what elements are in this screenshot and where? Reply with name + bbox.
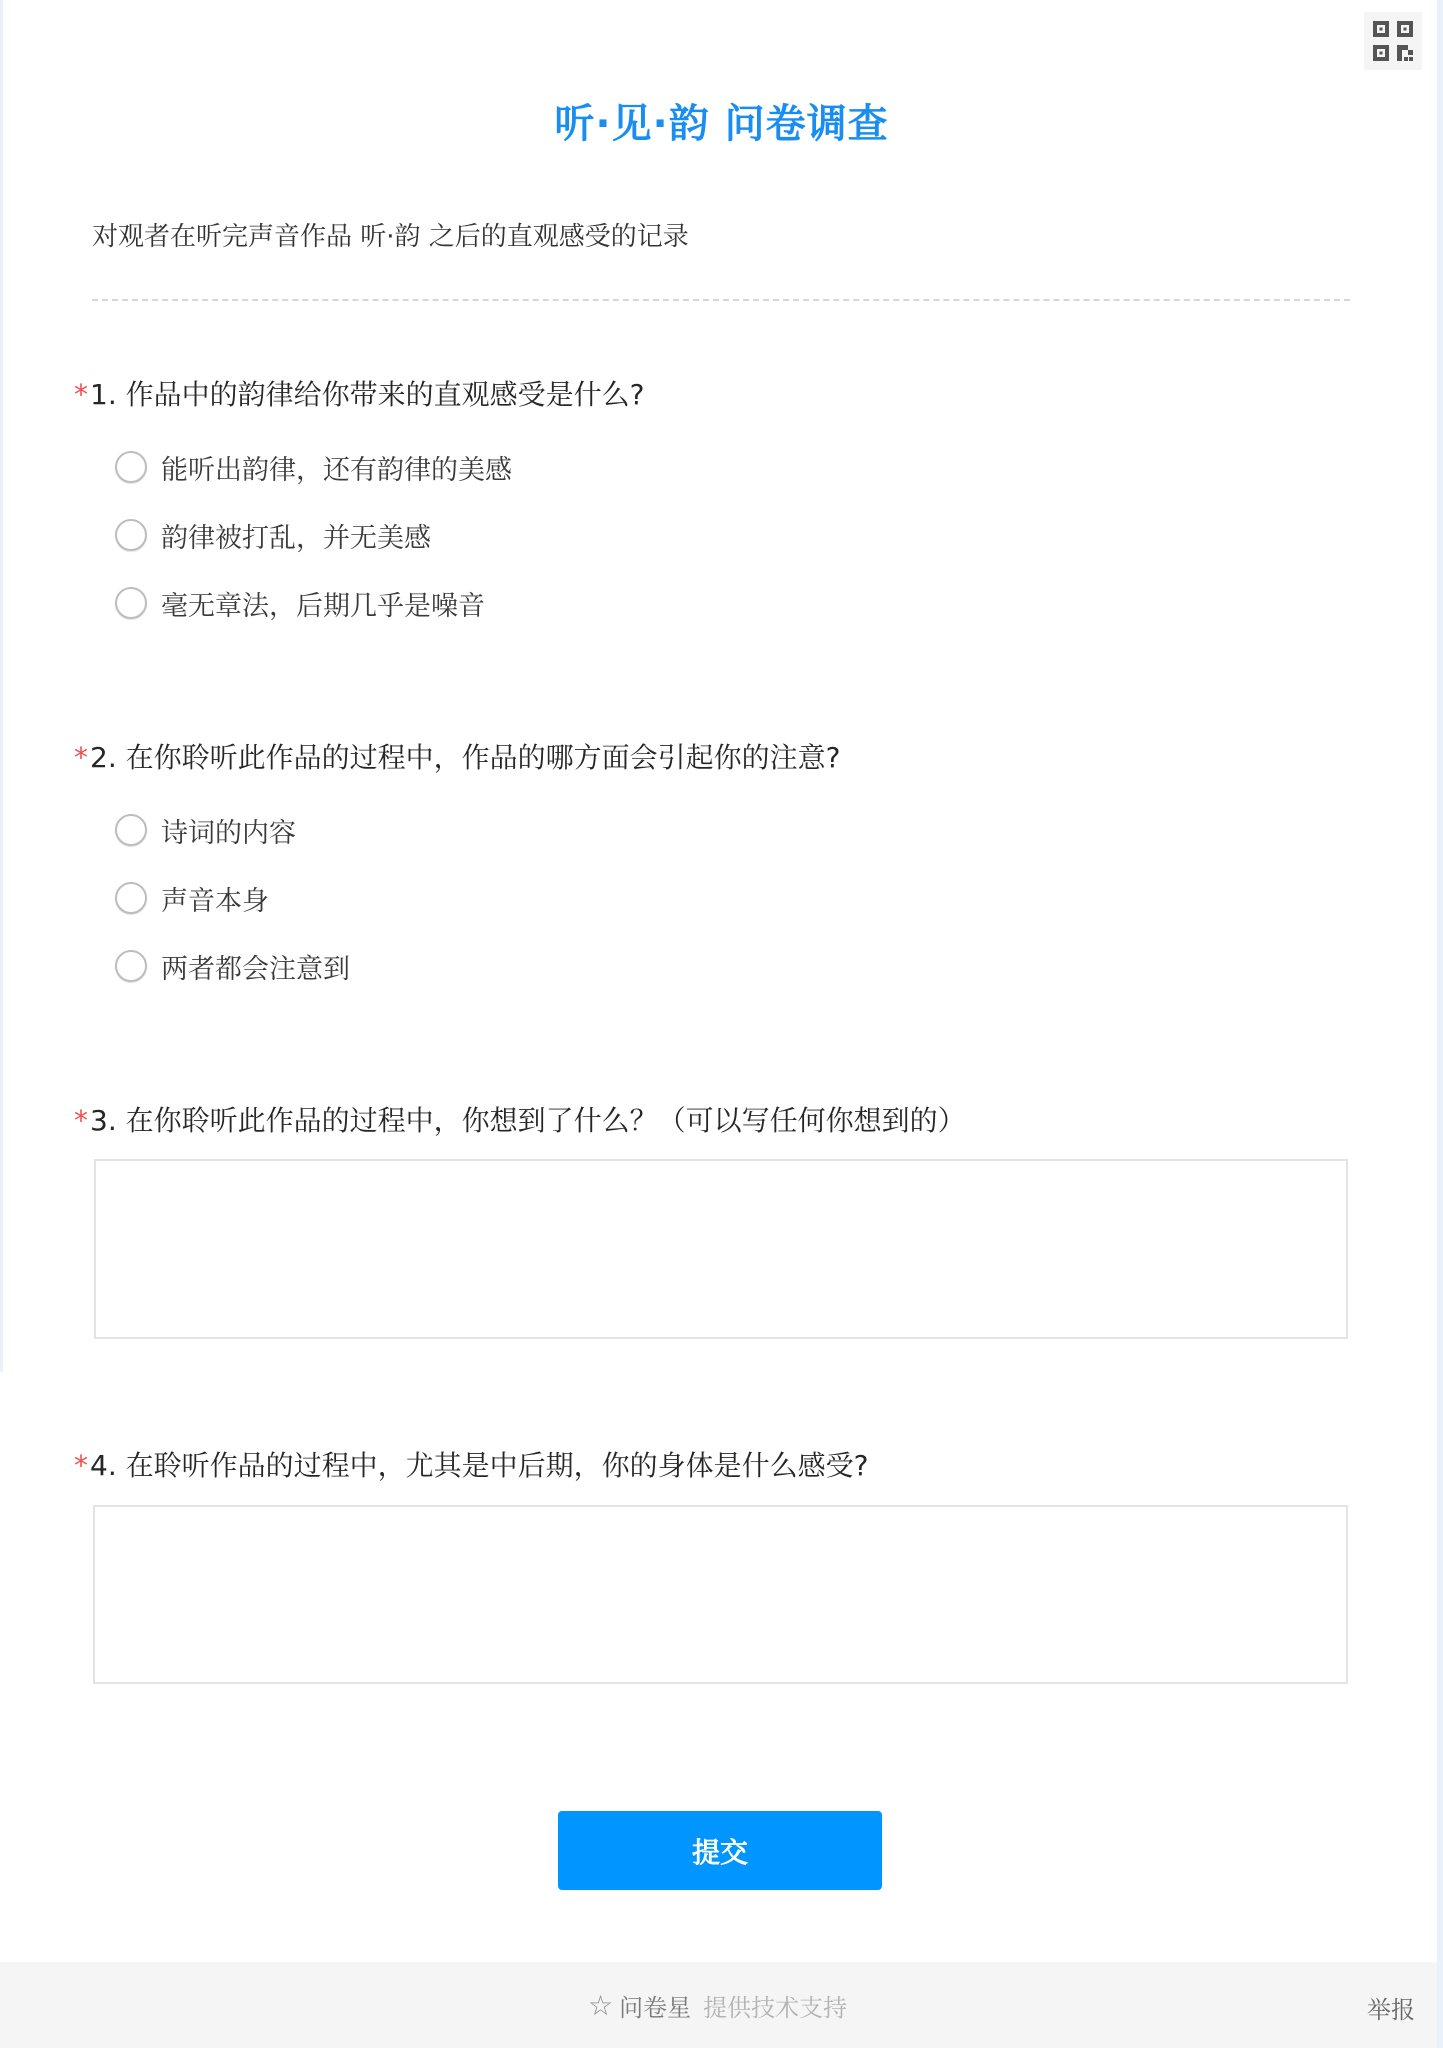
required-mark: * xyxy=(74,1104,88,1137)
page-right-border xyxy=(1437,0,1443,2048)
brand-name: 问卷星 xyxy=(619,1988,691,2023)
question-1-option-3[interactable]: 毫无章法，后期几乎是噪音 xyxy=(115,583,485,623)
radio-button[interactable] xyxy=(115,451,147,483)
radio-button[interactable] xyxy=(115,519,147,551)
question-3-title: *3. 在你聆听此作品的过程中，你想到了什么？（可以写任何你想到的） xyxy=(74,1099,966,1139)
footer: ☆ 问卷星 提供技术支持 举报 xyxy=(0,1962,1437,2048)
report-link[interactable]: 举报 xyxy=(1367,1990,1415,2025)
radio-button[interactable] xyxy=(115,882,147,914)
required-mark: * xyxy=(74,1449,88,1482)
required-mark: * xyxy=(74,378,88,411)
option-label: 能听出韵律，还有韵律的美感 xyxy=(161,448,512,487)
question-4-title: *4. 在聆听作品的过程中，尤其是中后期，你的身体是什么感受? xyxy=(74,1444,868,1484)
question-4-textarea[interactable] xyxy=(93,1505,1348,1684)
question-1-option-2[interactable]: 韵律被打乱，并无美感 xyxy=(115,515,431,555)
option-label: 毫无章法，后期几乎是噪音 xyxy=(161,584,485,623)
question-2-option-2[interactable]: 声音本身 xyxy=(115,878,269,918)
option-label: 韵律被打乱，并无美感 xyxy=(161,516,431,555)
option-label: 声音本身 xyxy=(161,879,269,918)
qr-code-icon xyxy=(1371,19,1415,63)
star-icon: ☆ xyxy=(588,1992,613,2020)
page-left-border xyxy=(0,0,3,1372)
submit-button[interactable]: 提交 xyxy=(558,1811,882,1890)
question-2-option-3[interactable]: 两者都会注意到 xyxy=(115,946,350,986)
option-label: 两者都会注意到 xyxy=(161,947,350,986)
support-text: 提供技术支持 xyxy=(703,1988,847,2023)
question-2-title: *2. 在你聆听此作品的过程中，作品的哪方面会引起你的注意? xyxy=(74,736,840,776)
question-1-title: *1. 作品中的韵律给你带来的直观感受是什么? xyxy=(74,373,644,413)
required-mark: * xyxy=(74,741,88,774)
radio-button[interactable] xyxy=(115,814,147,846)
question-2-option-1[interactable]: 诗词的内容 xyxy=(115,810,296,850)
question-1-option-1[interactable]: 能听出韵律，还有韵律的美感 xyxy=(115,447,512,487)
question-text: 1. 作品中的韵律给你带来的直观感受是什么? xyxy=(90,378,644,411)
radio-button[interactable] xyxy=(115,950,147,982)
radio-button[interactable] xyxy=(115,587,147,619)
question-text: 3. 在你聆听此作品的过程中，你想到了什么？（可以写任何你想到的） xyxy=(90,1104,966,1137)
question-text: 2. 在你聆听此作品的过程中，作品的哪方面会引起你的注意? xyxy=(90,741,840,774)
question-text: 4. 在聆听作品的过程中，尤其是中后期，你的身体是什么感受? xyxy=(90,1449,868,1482)
survey-title: 听·见·韵 问卷调查 xyxy=(0,92,1443,149)
survey-description: 对观者在听完声音作品 听·韵 之后的直观感受的记录 xyxy=(92,216,689,253)
header-divider xyxy=(92,299,1350,301)
qr-code-button[interactable] xyxy=(1364,12,1422,70)
option-label: 诗词的内容 xyxy=(161,811,296,850)
question-3-textarea[interactable] xyxy=(94,1159,1348,1339)
footer-brand-link[interactable]: ☆ 问卷星 提供技术支持 xyxy=(588,1988,847,2023)
